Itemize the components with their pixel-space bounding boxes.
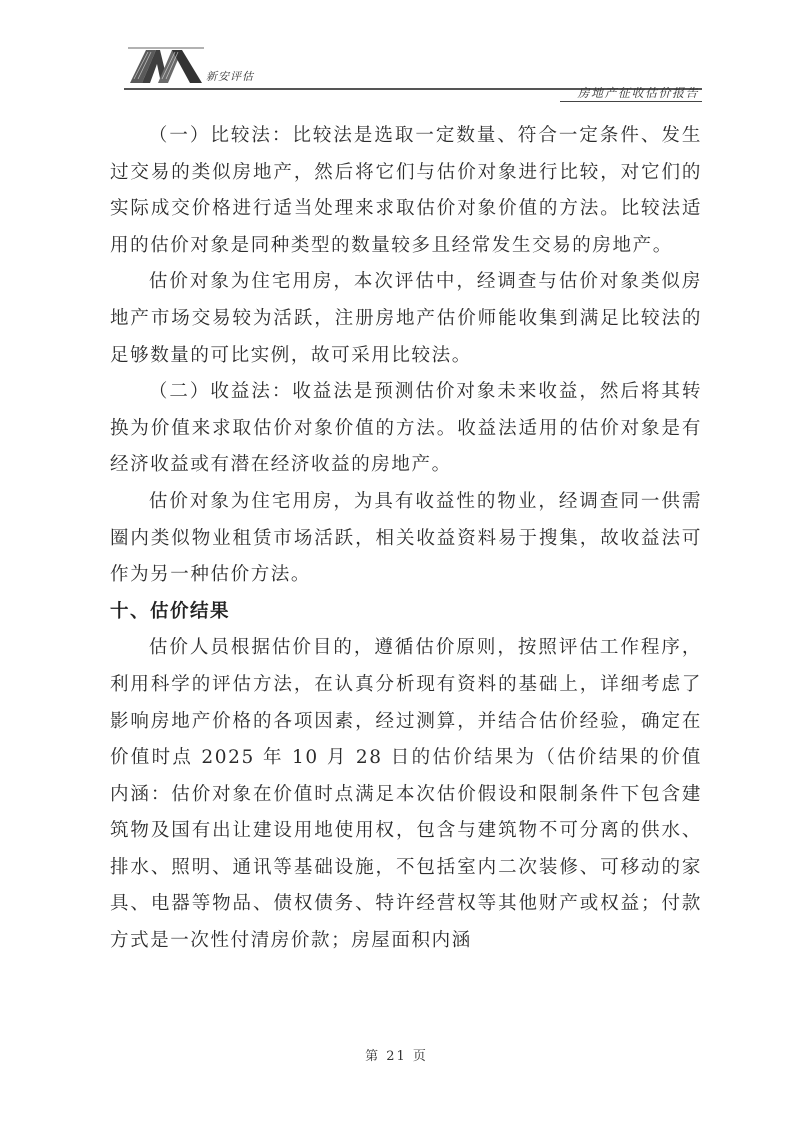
paragraph-income-applicability: 估价对象为住宅用房，为具有收益性的物业，经调查同一供需圈内类似物业租赁市场活跃，… <box>110 484 702 594</box>
company-name: 新安评估 <box>206 68 254 84</box>
company-logo-icon <box>128 46 204 84</box>
paragraph-comparison-applicability: 估价对象为住宅用房，本次评估中，经调查与估价对象类似房地产市场交易较为活跃，注册… <box>110 264 702 374</box>
paragraph-comparison-method: （一）比较法：比较法是选取一定数量、符合一定条件、发生过交易的类似房地产，然后将… <box>110 118 702 264</box>
header-title-underline <box>560 101 702 102</box>
page-number: 第 21 页 <box>0 1045 793 1064</box>
section-heading-valuation-result: 十、估价结果 <box>110 594 702 631</box>
paragraph-income-method: （二）收益法：收益法是预测估价对象未来收益，然后将其转换为价值来求取估价对象价值… <box>110 374 702 484</box>
document-body: （一）比较法：比较法是选取一定数量、符合一定条件、发生过交易的类似房地产，然后将… <box>110 118 702 960</box>
paragraph-valuation-result: 估价人员根据估价目的，遵循估价原则，按照评估工作程序，利用科学的评估方法，在认真… <box>110 630 702 959</box>
report-title: 房地产征收估价报告 <box>577 84 699 101</box>
